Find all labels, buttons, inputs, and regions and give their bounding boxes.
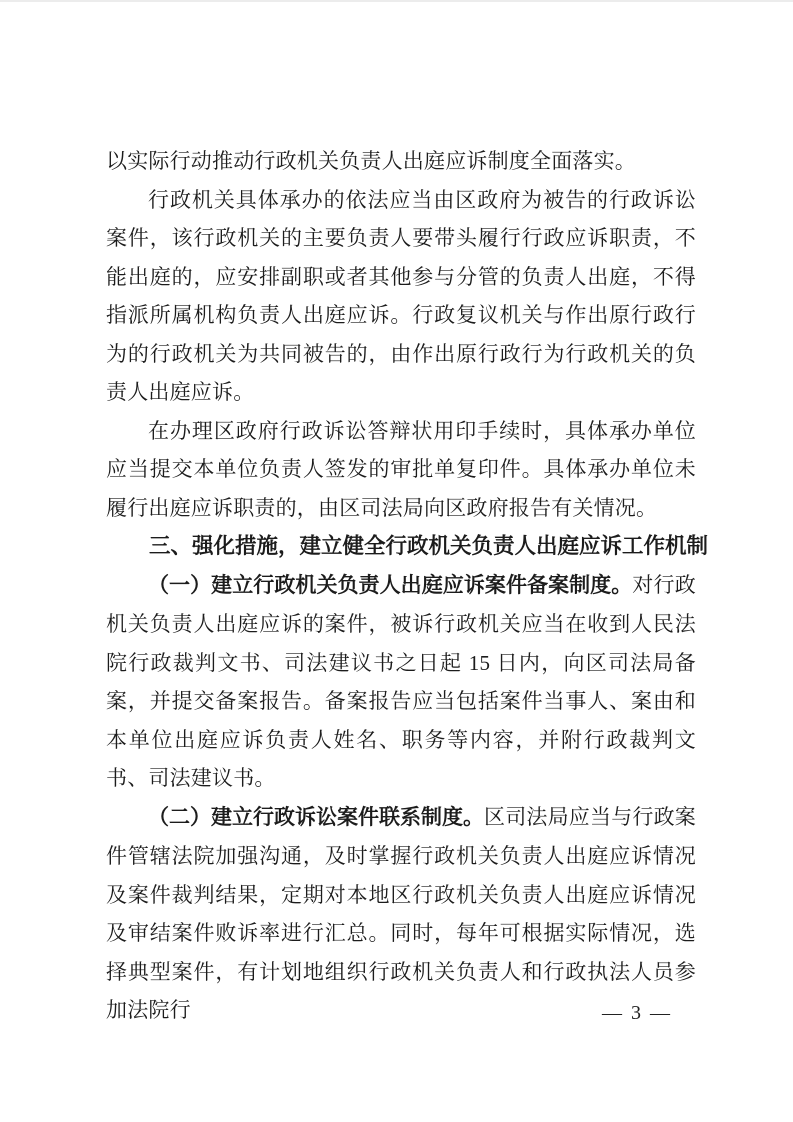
paragraph-clause-1: （一）建立行政机关负责人出庭应诉案件备案制度。对行政机关负责人出庭应诉的案件，被… [106,566,696,798]
document-body: 以实际行动推动行政机关负责人出庭应诉制度全面落实。 行政机关具体承办的依法应当由… [106,142,696,1030]
clause-title: （二）建立行政诉讼案件联系制度。 [148,806,484,829]
paragraph-continuation: 以实际行动推动行政机关负责人出庭应诉制度全面落实。 [106,142,696,181]
section-heading: 三、强化措施，建立健全行政机关负责人出庭应诉工作机制 [106,527,696,566]
paragraph: 在办理区政府行政诉讼答辩状用印手续时，具体承办单位应当提交本单位负责人签发的审批… [106,412,696,528]
page-number: — 3 — [592,1002,682,1025]
clause-title: （一）建立行政机关负责人出庭应诉案件备案制度。 [148,574,632,597]
clause-body: 对行政机关负责人出庭应诉的案件，被诉行政机关应当在收到人民法院行政裁判文书、司法… [106,573,696,791]
clause-body: 区司法局应当与行政案件管辖法院加强沟通，及时掌握行政机关负责人出庭应诉情况及案件… [106,805,696,1023]
paragraph-clause-2: （二）建立行政诉讼案件联系制度。区司法局应当与行政案件管辖法院加强沟通，及时掌握… [106,798,696,1030]
paragraph: 行政机关具体承办的依法应当由区政府为被告的行政诉讼案件，该行政机关的主要负责人要… [106,181,696,412]
document-page: 以实际行动推动行政机关负责人出庭应诉制度全面落实。 行政机关具体承办的依法应当由… [0,0,793,1122]
